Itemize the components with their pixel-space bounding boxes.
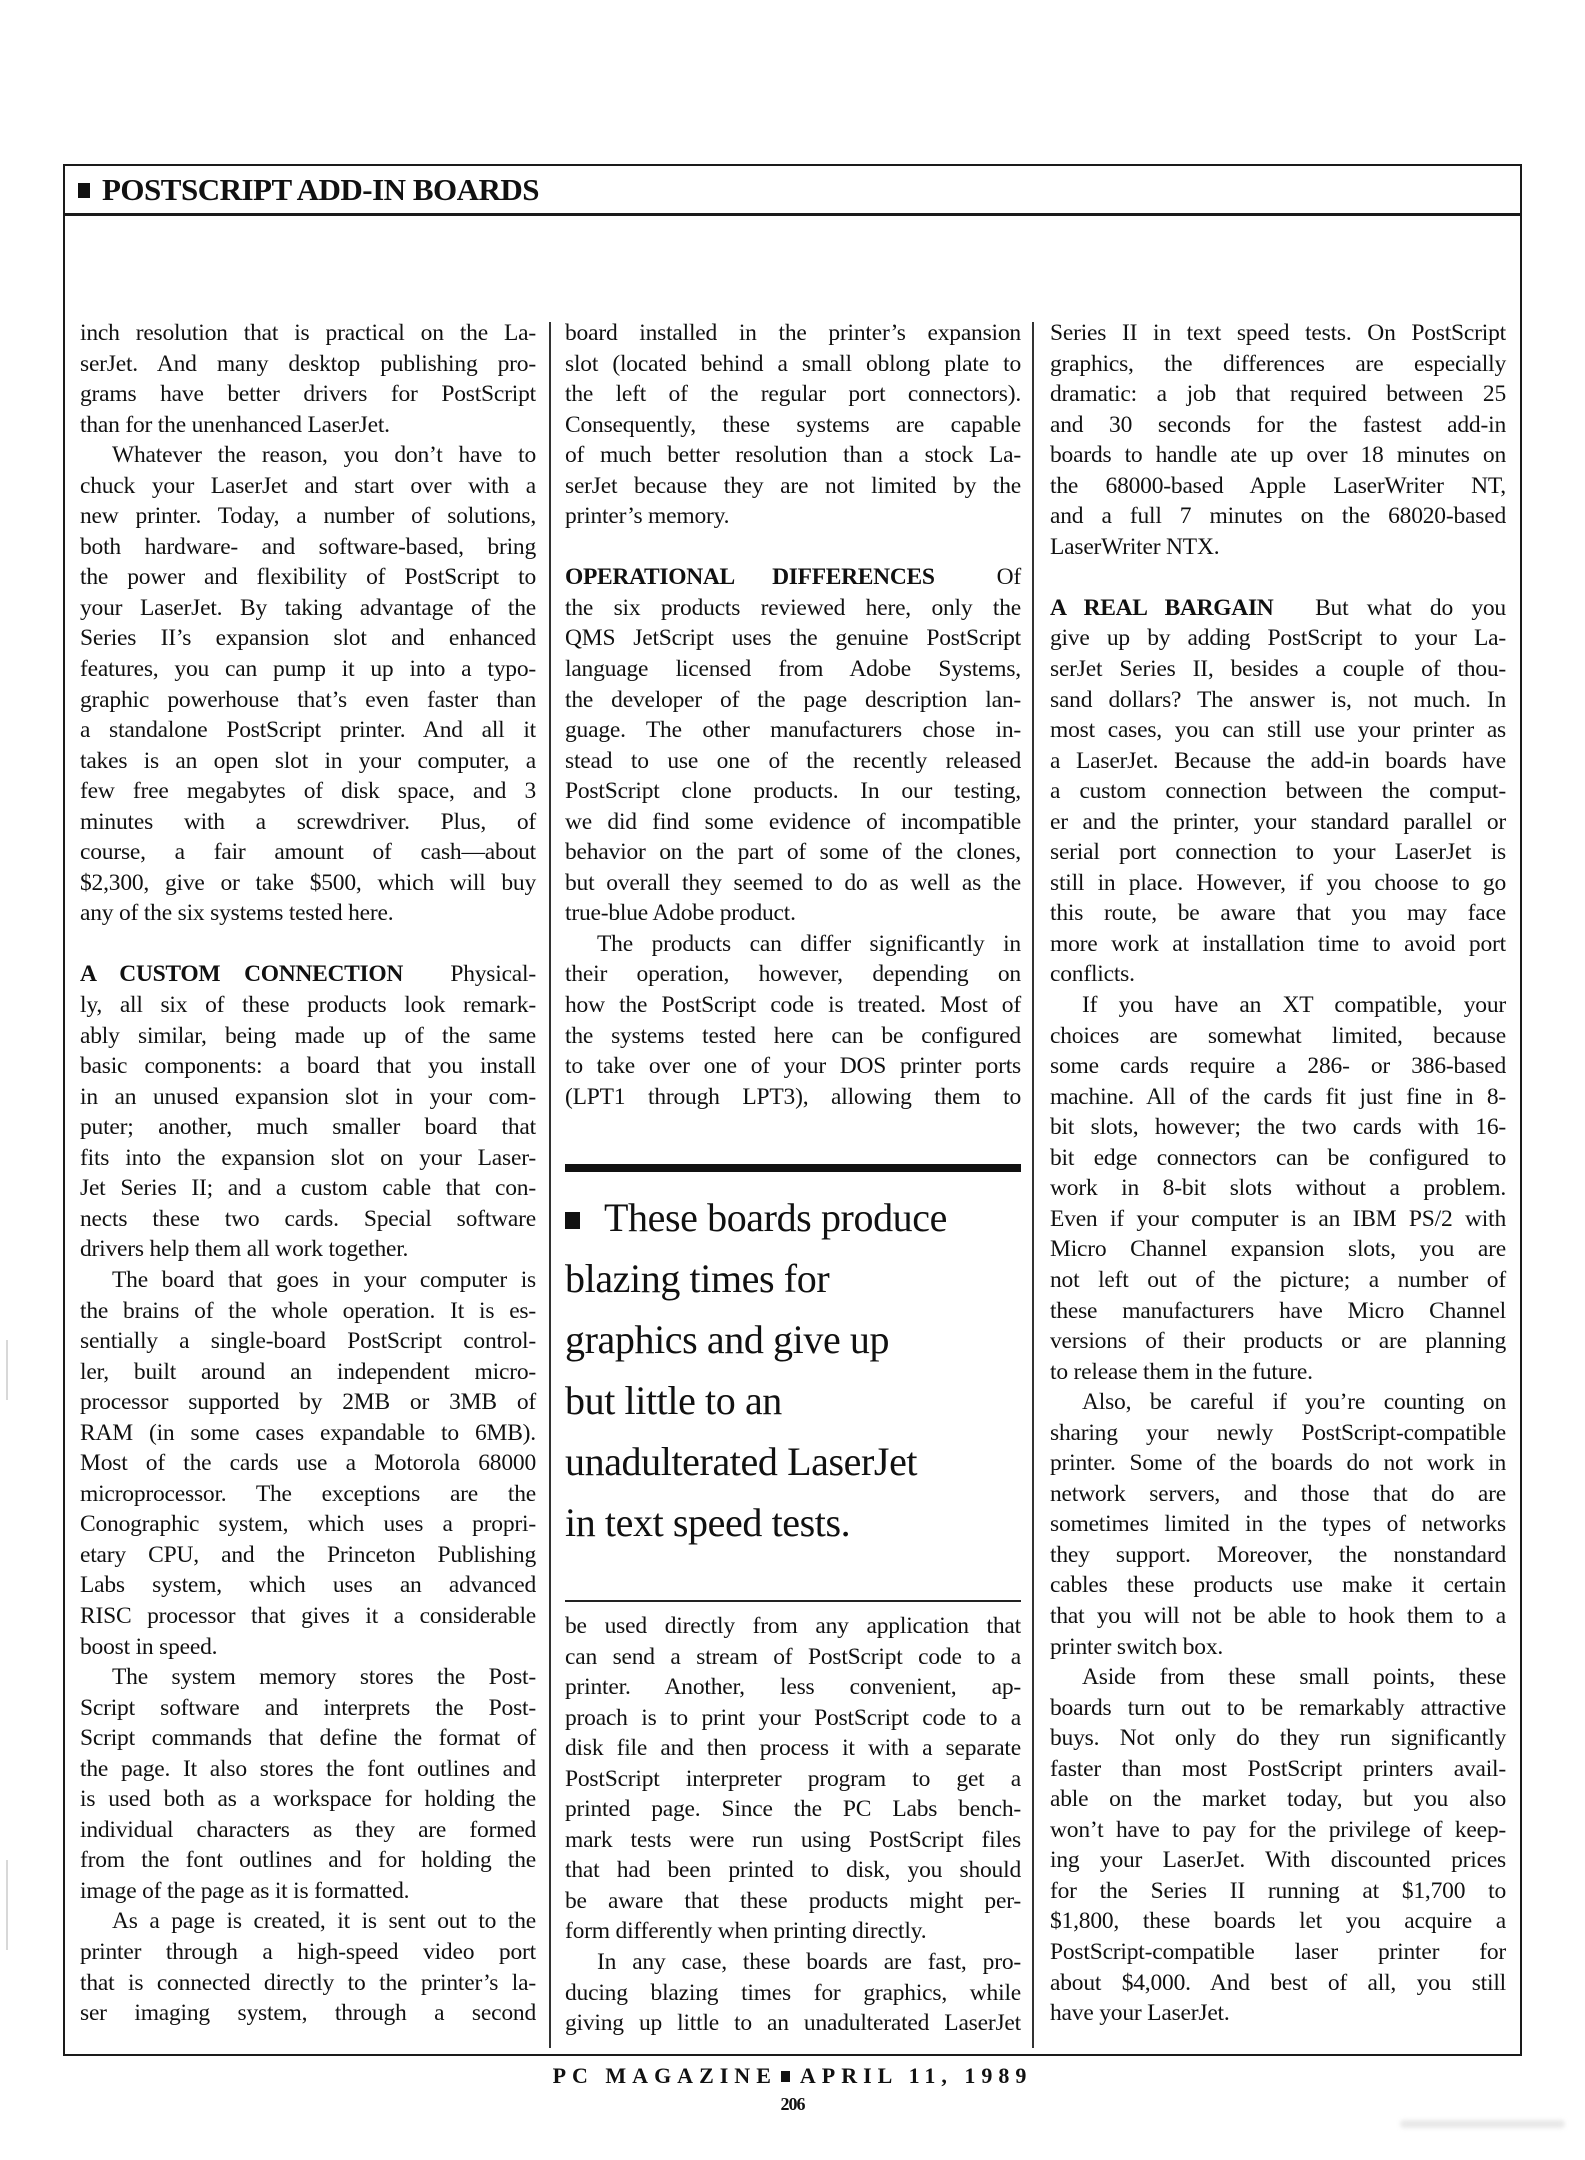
text-line: the page. It also stores the font outlin… — [80, 1754, 536, 1785]
text-line: any of the six systems tested here. — [80, 898, 536, 929]
text-line: conflicts. — [1050, 959, 1506, 990]
text-line: the brains of the whole operation. It is… — [80, 1296, 536, 1327]
text-line: ly, all six of these products look remar… — [80, 990, 536, 1021]
text-line: be used directly from any application th… — [565, 1611, 1021, 1642]
text-run: Of — [997, 564, 1021, 590]
text-line: chuck your LaserJet and start over with … — [80, 471, 536, 502]
text-line: Labs system, which uses an advanced — [80, 1570, 536, 1601]
text-line: not left out of the picture; a number of — [1050, 1265, 1506, 1296]
text-line: of much better resolution than a stock L… — [565, 440, 1021, 471]
text-line: able on the market today, but you also — [1050, 1784, 1506, 1815]
text-line: PostScript-compatible laser printer for — [1050, 1937, 1506, 1968]
pullquote-text: but little to an — [565, 1378, 782, 1423]
text-line: proach is to print your PostScript code … — [565, 1703, 1021, 1734]
text-line: ducing blazing times for graphics, while — [565, 1978, 1021, 2009]
text-line: work in 8-bit slots without a problem. — [1050, 1173, 1506, 1204]
text-line: ing your LaserJet. With discounted price… — [1050, 1845, 1506, 1876]
text-line: A CUSTOM CONNECTION Physical- — [80, 959, 536, 990]
text-line: still in place. However, if you choose t… — [1050, 868, 1506, 899]
text-line: buys. Not only do they run significantly — [1050, 1723, 1506, 1754]
text-line: printed page. Since the PC Labs bench- — [565, 1794, 1021, 1825]
text-line: we did find some evidence of incompatibl… — [565, 807, 1021, 838]
text-line: a standalone PostScript printer. And all… — [80, 715, 536, 746]
text-line: inch resolution that is practical on the… — [80, 318, 536, 349]
text-line: won’t have to pay for the privilege of k… — [1050, 1815, 1506, 1846]
text-line: be aware that these products might per- — [565, 1886, 1021, 1917]
text-line: the developer of the page description la… — [565, 685, 1021, 716]
text-line: to release them in the future. — [1050, 1357, 1506, 1388]
scan-edge-mark — [6, 1860, 8, 1950]
pullquote-top-rule — [565, 1164, 1021, 1172]
text-line: network servers, and those that do are — [1050, 1479, 1506, 1510]
text-line: LaserWriter NTX. — [1050, 532, 1506, 563]
text-line: etary CPU, and the Princeton Publishing — [80, 1540, 536, 1571]
text-line: a LaserJet. Because the add-in boards ha… — [1050, 746, 1506, 777]
text-line: that you will not be able to hook them t… — [1050, 1601, 1506, 1632]
text-line: printer. Some of the boards do not work … — [1050, 1448, 1506, 1479]
text-line: Aside from these small points, these — [1050, 1662, 1506, 1693]
text-line: have your LaserJet. — [1050, 1998, 1506, 2029]
text-line: the systems tested here can be configure… — [565, 1021, 1021, 1052]
text-line: the six products reviewed here, only the — [565, 593, 1021, 624]
text-line: RAM (in some cases expandable to 6MB). — [80, 1418, 536, 1449]
subhead: A CUSTOM CONNECTION — [80, 961, 403, 987]
text-line: the 68000-based Apple LaserWriter NT, — [1050, 471, 1506, 502]
text-line: machine. All of the cards fit just fine … — [1050, 1082, 1506, 1113]
text-line: give up by adding PostScript to your La- — [1050, 623, 1506, 654]
pullquote-line: but little to an — [565, 1379, 782, 1423]
text-line: faster than most PostScript printers ava… — [1050, 1754, 1506, 1785]
text-line: printer switch box. — [1050, 1632, 1506, 1663]
page-number: 206 — [0, 2094, 1585, 2115]
text-line: and 30 seconds for the fastest add-in — [1050, 410, 1506, 441]
text-line: printer. Another, less convenient, ap- — [565, 1672, 1021, 1703]
text-line: printer through a high-speed video port — [80, 1937, 536, 1968]
pullquote-text: These boards produce — [604, 1195, 947, 1240]
text-line: PostScript clone products. In our testin… — [565, 776, 1021, 807]
footer-magazine-name: PC MAGAZINE — [553, 2063, 777, 2088]
text-line: If you have an XT compatible, your — [1050, 990, 1506, 1021]
text-line: bit slots, however; the two cards with 1… — [1050, 1112, 1506, 1143]
text-line: than for the unenhanced LaserJet. — [80, 410, 536, 441]
text-line: serJet because they are not limited by t… — [565, 471, 1021, 502]
article-column-2-continued: be used directly from any application th… — [565, 1611, 1021, 2039]
text-line: sand dollars? The answer is, not much. I… — [1050, 685, 1506, 716]
paragraph-gap — [565, 532, 1021, 563]
text-line: The board that goes in your computer is — [80, 1265, 536, 1296]
text-line: As a page is created, it is sent out to … — [80, 1906, 536, 1937]
text-line: microprocessor. The exceptions are the — [80, 1479, 536, 1510]
scan-smudge — [1400, 2120, 1565, 2128]
text-line: Series II’s expansion slot and enhanced — [80, 623, 536, 654]
text-line: basic components: a board that you insta… — [80, 1051, 536, 1082]
text-line: choices are somewhat limited, because — [1050, 1021, 1506, 1052]
text-line: serial port connection to your LaserJet … — [1050, 837, 1506, 868]
text-line: giving up little to an unadulterated Las… — [565, 2008, 1021, 2039]
text-line: fits into the expansion slot on your Las… — [80, 1143, 536, 1174]
text-line: sentially a single-board PostScript cont… — [80, 1326, 536, 1357]
pullquote-line: in text speed tests. — [565, 1501, 850, 1545]
text-line: $2,300, give or take $500, which will bu… — [80, 868, 536, 899]
paragraph-gap — [80, 929, 536, 960]
text-line: serJet Series II, besides a couple of th… — [1050, 654, 1506, 685]
text-line: the left of the regular port connectors)… — [565, 379, 1021, 410]
text-line: A REAL BARGAIN But what do you — [1050, 593, 1506, 624]
text-line: Conographic system, which uses a propri- — [80, 1509, 536, 1540]
square-bullet-icon — [78, 183, 90, 198]
text-line: both hardware- and software-based, bring — [80, 532, 536, 563]
text-line: but overall they seemed to do as well as… — [565, 868, 1021, 899]
text-line: versions of their products or are planni… — [1050, 1326, 1506, 1357]
text-line: boards turn out to be remarkably attract… — [1050, 1693, 1506, 1724]
text-line: sometimes limited in the types of networ… — [1050, 1509, 1506, 1540]
text-run: But what do you — [1315, 595, 1506, 621]
text-line: the power and flexibility of PostScript … — [80, 562, 536, 593]
text-line: Consequently, these systems are capable — [565, 410, 1021, 441]
section-header: POSTSCRIPT ADD-IN BOARDS — [78, 170, 539, 210]
text-line: most cases, you can still use your print… — [1050, 715, 1506, 746]
text-line: is used both as a workspace for holding … — [80, 1784, 536, 1815]
text-line: individual characters as they are formed — [80, 1815, 536, 1846]
pullquote-text: blazing times for — [565, 1256, 829, 1301]
text-line: puter; another, much smaller board that — [80, 1112, 536, 1143]
text-line: sharing your newly PostScript-compatible — [1050, 1418, 1506, 1449]
paragraph-gap — [1050, 562, 1506, 593]
text-line: boost in speed. — [80, 1632, 536, 1663]
text-line: a custom connection between the comput- — [1050, 776, 1506, 807]
text-line: Whatever the reason, you don’t have to — [80, 440, 536, 471]
text-line: drivers help them all work together. — [80, 1234, 536, 1265]
text-line: more work at installation time to avoid … — [1050, 929, 1506, 960]
text-run: Physical- — [450, 961, 536, 987]
text-line: PostScript interpreter program to get a — [565, 1764, 1021, 1795]
scan-edge-mark — [6, 1340, 8, 1400]
text-line: behavior on the part of some of the clon… — [565, 837, 1021, 868]
text-line: this route, be aware that you may face — [1050, 898, 1506, 929]
text-line: form differently when printing directly. — [565, 1916, 1021, 1947]
text-line: that is connected directly to the printe… — [80, 1968, 536, 1999]
text-line: guage. The other manufacturers chose in- — [565, 715, 1021, 746]
text-line: language licensed from Adobe Systems, — [565, 654, 1021, 685]
text-line: Micro Channel expansion slots, you are — [1050, 1234, 1506, 1265]
text-line: from the font outlines and for holding t… — [80, 1845, 536, 1876]
text-line: er and the printer, your standard parall… — [1050, 807, 1506, 838]
text-line: printer’s memory. — [565, 501, 1021, 532]
text-line: about $4,000. And best of all, you still — [1050, 1968, 1506, 1999]
text-line: board installed in the printer’s expansi… — [565, 318, 1021, 349]
text-line: serJet. And many desktop publishing pro- — [80, 349, 536, 380]
text-line: in an unused expansion slot in your com- — [80, 1082, 536, 1113]
text-line: QMS JetScript uses the genuine PostScrip… — [565, 623, 1021, 654]
text-line: to take over one of your DOS printer por… — [565, 1051, 1021, 1082]
pullquote-line: graphics and give up — [565, 1318, 889, 1362]
text-line: stead to use one of the recently release… — [565, 746, 1021, 777]
column-divider — [1032, 322, 1034, 2048]
text-line: can send a stream of PostScript code to … — [565, 1642, 1021, 1673]
pullquote-line: These boards produce — [565, 1196, 947, 1240]
text-line: grams have better drivers for PostScript — [80, 379, 536, 410]
text-line: nects these two cards. Special software — [80, 1204, 536, 1235]
text-line: graphics, the differences are especially — [1050, 349, 1506, 380]
text-line: Script commands that define the format o… — [80, 1723, 536, 1754]
text-line: course, a fair amount of cash—about — [80, 837, 536, 868]
text-line: dramatic: a job that required between 25 — [1050, 379, 1506, 410]
pullquote-text: graphics and give up — [565, 1317, 889, 1362]
text-line: disk file and then process it with a sep… — [565, 1733, 1021, 1764]
text-line: that had been printed to disk, you shoul… — [565, 1855, 1021, 1886]
text-line: slot (located behind a small oblong plat… — [565, 349, 1021, 380]
text-line: how the PostScript code is treated. Most… — [565, 990, 1021, 1021]
article-column-3: Series II in text speed tests. On PostSc… — [1050, 318, 1506, 2029]
text-line: processor supported by 2MB or 3MB of — [80, 1387, 536, 1418]
text-line: ser imaging system, through a second — [80, 1998, 536, 2029]
text-line: and a full 7 minutes on the 68020-based — [1050, 501, 1506, 532]
pullquote-text: in text speed tests. — [565, 1500, 850, 1545]
text-line: their operation, however, depending on — [565, 959, 1021, 990]
column-divider — [549, 322, 551, 2048]
text-line: $1,800, these boards let you acquire a — [1050, 1906, 1506, 1937]
text-line: The system memory stores the Post- — [80, 1662, 536, 1693]
text-line: new printer. Today, a number of solution… — [80, 501, 536, 532]
text-line: graphic powerhouse that’s even faster th… — [80, 685, 536, 716]
text-line: Even if your computer is an IBM PS/2 wit… — [1050, 1204, 1506, 1235]
subhead: OPERATIONAL DIFFERENCES — [565, 564, 935, 590]
pullquote-text: unadulterated LaserJet — [565, 1439, 917, 1484]
text-line: Most of the cards use a Motorola 68000 — [80, 1448, 536, 1479]
text-line: minutes with a screwdriver. Plus, of — [80, 807, 536, 838]
text-line: true-blue Adobe product. — [565, 898, 1021, 929]
text-line: your LaserJet. By taking advantage of th… — [80, 593, 536, 624]
text-line: RISC processor that gives it a considera… — [80, 1601, 536, 1632]
section-title: POSTSCRIPT ADD-IN BOARDS — [102, 172, 539, 208]
article-column-1: inch resolution that is practical on the… — [80, 318, 536, 2029]
square-bullet-icon — [781, 2071, 790, 2082]
text-line: (LPT1 through LPT3), allowing them to — [565, 1082, 1021, 1113]
subhead: A REAL BARGAIN — [1050, 595, 1273, 621]
text-line: Also, be careful if you’re counting on — [1050, 1387, 1506, 1418]
text-line: In any case, these boards are fast, pro- — [565, 1947, 1021, 1978]
text-line: these manufacturers have Micro Channel — [1050, 1296, 1506, 1327]
header-rule — [63, 213, 1522, 216]
text-line: few free megabytes of disk space, and 3 — [80, 776, 536, 807]
pullquote-line: unadulterated LaserJet — [565, 1440, 917, 1484]
footer-date: APRIL 11, 1989 — [800, 2063, 1033, 2088]
text-line: ably similar, being made up of the same — [80, 1021, 536, 1052]
pullquote-line: blazing times for — [565, 1257, 829, 1301]
text-line: boards to handle ate up over 18 minutes … — [1050, 440, 1506, 471]
text-line: OPERATIONAL DIFFERENCES Of — [565, 562, 1021, 593]
article-column-2: board installed in the printer’s expansi… — [565, 318, 1021, 1112]
text-line: cables these products use make it certai… — [1050, 1570, 1506, 1601]
pullquote-bottom-rule — [565, 1600, 1021, 1602]
text-line: Jet Series II; and a custom cable that c… — [80, 1173, 536, 1204]
text-line: bit edge connectors can be configured to — [1050, 1143, 1506, 1174]
text-line: Series II in text speed tests. On PostSc… — [1050, 318, 1506, 349]
text-line: for the Series II running at $1,700 to — [1050, 1876, 1506, 1907]
text-line: some cards require a 286- or 386-based — [1050, 1051, 1506, 1082]
text-line: image of the page as it is formatted. — [80, 1876, 536, 1907]
text-line: The products can differ significantly in — [565, 929, 1021, 960]
text-line: Script software and interprets the Post- — [80, 1693, 536, 1724]
footer-masthead: PC MAGAZINEAPRIL 11, 1989 — [0, 2063, 1585, 2089]
text-line: features, you can pump it up into a typo… — [80, 654, 536, 685]
text-line: they support. Moreover, the nonstandard — [1050, 1540, 1506, 1571]
text-line: ler, built around an independent micro- — [80, 1357, 536, 1388]
text-line: mark tests were run using PostScript fil… — [565, 1825, 1021, 1856]
text-line: takes is an open slot in your computer, … — [80, 746, 536, 777]
square-bullet-icon — [565, 1212, 580, 1229]
